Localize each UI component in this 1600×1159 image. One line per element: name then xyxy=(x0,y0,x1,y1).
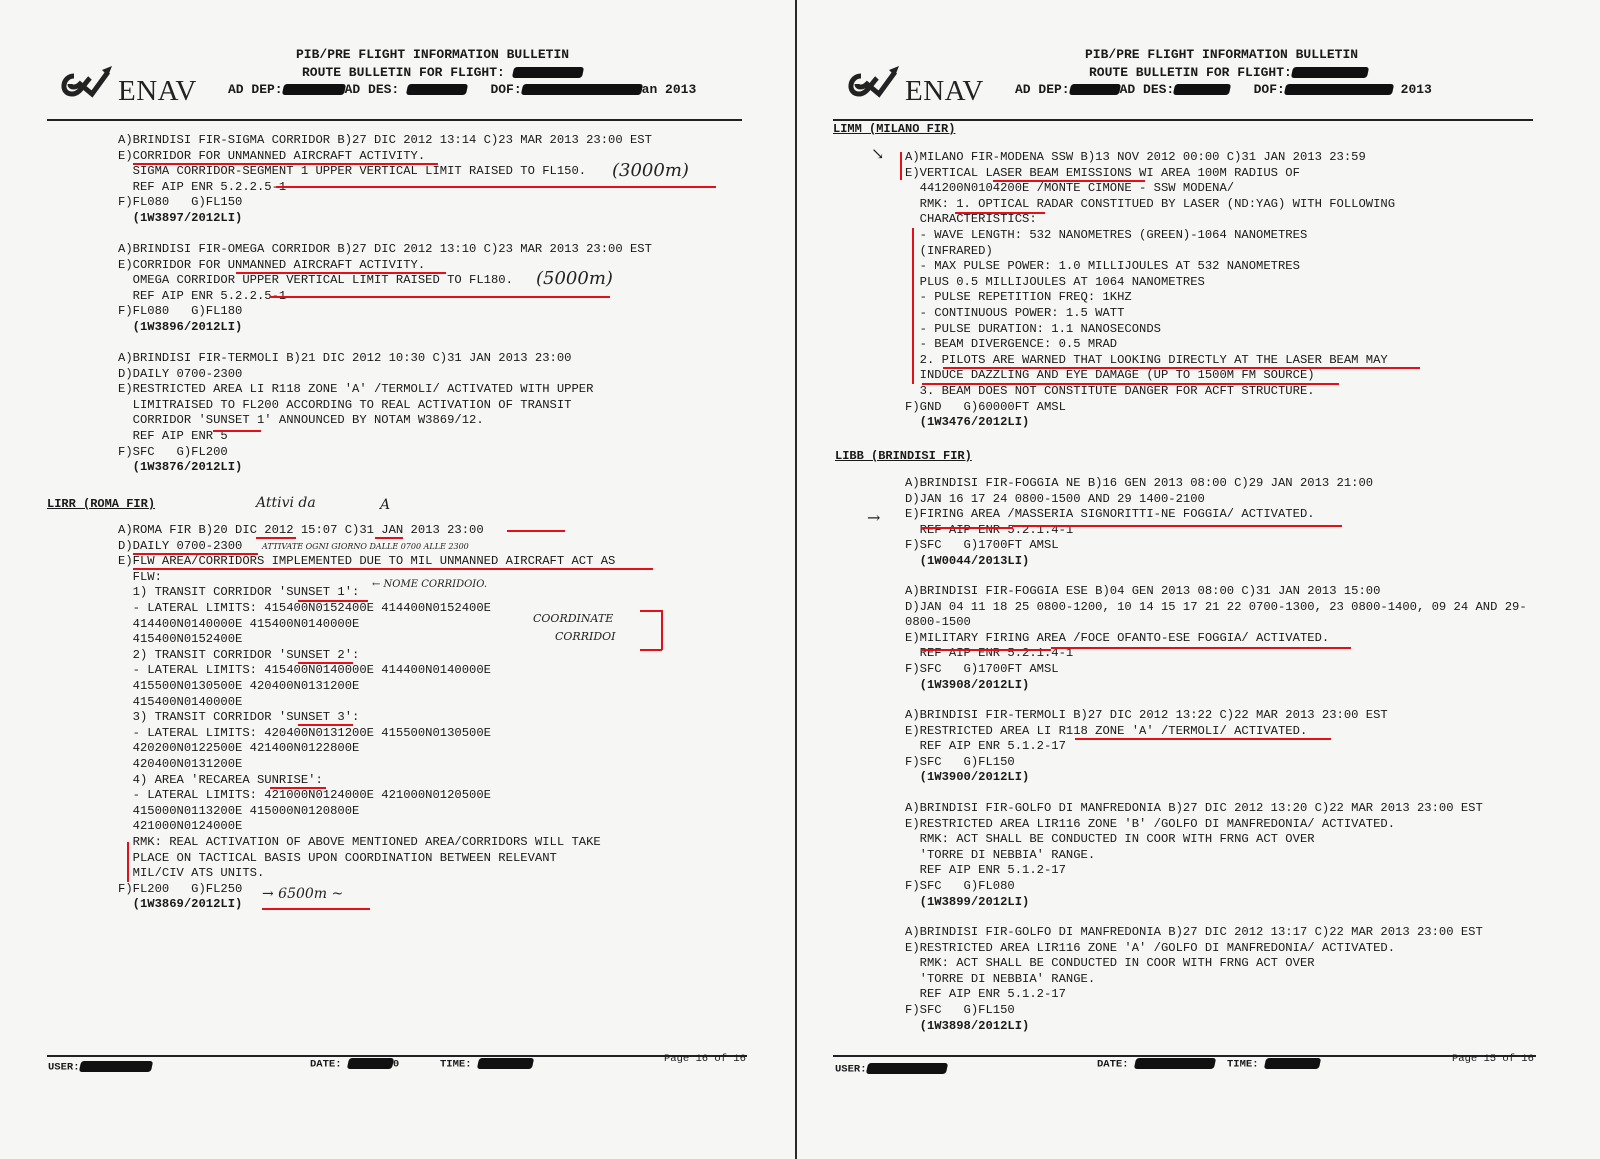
red-margin-bar xyxy=(912,228,914,384)
notam-line: 1) TRANSIT CORRIDOR 'SUNSET 1': xyxy=(118,585,359,600)
notam-limits: F)FL080 G)FL180 xyxy=(118,304,242,319)
red-underline xyxy=(270,296,610,298)
notam-id: (1W3896/2012LI) xyxy=(118,320,242,335)
notam-line: RMK: ACT SHALL BE CONDUCTED IN COOR WITH… xyxy=(905,956,1315,971)
enav-logo: ENAV xyxy=(56,64,197,106)
notam-line: 415400N0140000E xyxy=(118,695,242,710)
footer-rule xyxy=(833,1055,1536,1057)
footer-time: TIME: xyxy=(440,1058,533,1070)
redacted-des xyxy=(406,84,468,95)
time-label: TIME: xyxy=(440,1058,472,1070)
notam-line: INDUCE DAZZLING AND EYE DAMAGE (UP TO 15… xyxy=(905,368,1315,383)
handwritten-attiva-da: Attivi da xyxy=(256,495,316,511)
notam-id: (1W3908/2012LI) xyxy=(905,678,1029,693)
ad-des-label: AD DES: xyxy=(1120,82,1175,97)
notam-line: E)RESTRICTED AREA LIR116 ZONE 'B' /GOLFO… xyxy=(905,817,1395,832)
notam-line: 441200N0104200E /MONTE CIMONE - SSW MODE… xyxy=(905,181,1234,196)
notam-line: - MAX PULSE POWER: 1.0 MILLIJOULES AT 53… xyxy=(905,259,1300,274)
redacted-date xyxy=(1134,1058,1216,1069)
red-underline xyxy=(921,527,1013,529)
notam-limits: F)GND G)60000FT AMSL xyxy=(905,400,1066,415)
redacted-dep xyxy=(1068,84,1120,95)
notam-line: E)CORRIDOR FOR UNMANNED AIRCRAFT ACTIVIT… xyxy=(118,258,425,273)
handwritten-corridoi: CORRIDOI xyxy=(555,630,616,643)
notam-line: E)RESTRICTED AREA LIR116 ZONE 'A' /GOLFO… xyxy=(905,941,1395,956)
red-underline xyxy=(276,186,716,188)
notam-limits: F)SFC G)FL080 xyxy=(905,879,1015,894)
section-title-roma: LIRR (ROMA FIR) xyxy=(47,497,155,511)
notam-line: 3. BEAM DOES NOT CONSTITUTE DANGER FOR A… xyxy=(905,384,1315,399)
notam-line: - CONTINUOUS POWER: 1.5 WATT xyxy=(905,306,1124,321)
notam-line: E)FLW AREA/CORRIDORS IMPLEMENTED DUE TO … xyxy=(118,554,615,569)
notam-id: (1W3869/2012LI) xyxy=(118,897,242,912)
notam-line: 415400N0152400E xyxy=(118,632,242,647)
notam-line: REF AIP ENR 5.1.2-17 xyxy=(905,987,1066,1002)
enav-logo: ENAV xyxy=(843,64,984,106)
redacted-user xyxy=(865,1063,947,1074)
handwritten-a: A xyxy=(380,497,390,513)
footer-date: DATE: xyxy=(1097,1058,1215,1070)
notam-line: REF AIP ENR 5.1.2-17 xyxy=(905,739,1066,754)
notam-line: A)BRINDISI FIR-FOGGIA NE B)16 GEN 2013 0… xyxy=(905,476,1373,491)
notam-limits: F)FL080 G)FL150 xyxy=(118,195,242,210)
ad-line: AD DEP:AD DES: DOF:an 2013 xyxy=(228,81,696,98)
route-bulletin-line: ROUTE BULLETIN FOR FLIGHT: xyxy=(1089,64,1368,81)
notam-line: E)MILITARY FIRING AREA /FOCE OFANTO-ESE … xyxy=(905,631,1329,646)
bulletin-title: PIB/PRE FLIGHT INFORMATION BULLETIN xyxy=(1085,46,1358,63)
notam-line: PLACE ON TACTICAL BASIS UPON COORDINATIO… xyxy=(118,851,557,866)
red-underline xyxy=(922,383,1339,385)
notam-line: REF AIP ENR 5.1.2-17 xyxy=(905,863,1066,878)
notam-line: 414400N0140000E 415400N0140000E xyxy=(118,617,359,632)
notam-line: - LATERAL LIMITS: 420400N0131200E 415500… xyxy=(118,726,491,741)
redacted-date xyxy=(347,1058,394,1069)
page-number: Page 16 of 16 xyxy=(664,1053,746,1065)
footer-date: DATE: 0 xyxy=(310,1058,399,1070)
redacted-des xyxy=(1173,84,1231,95)
redacted-time xyxy=(477,1058,534,1069)
notam-line: 2) TRANSIT CORRIDOR 'SUNSET 2': xyxy=(118,648,359,663)
header-rule xyxy=(833,119,1533,121)
red-underline xyxy=(955,212,1045,214)
notam-line: E)RESTRICTED AREA LI R118 ZONE 'A' /TERM… xyxy=(118,382,593,397)
notam-line: 415000N0113200E 415000N0120800E xyxy=(118,804,359,819)
red-underline xyxy=(375,537,403,539)
redacted-dof xyxy=(520,84,642,95)
section-title-milano: LIMM (MILANO FIR) xyxy=(833,122,955,136)
footer-user: USER: xyxy=(48,1061,152,1073)
notam-line: - WAVE LENGTH: 532 NANOMETRES (GREEN)-10… xyxy=(905,228,1307,243)
handwritten-arrow-icon: → xyxy=(867,508,880,527)
notam-line: - LATERAL LIMITS: 415400N0152400E 414400… xyxy=(118,601,491,616)
enav-logo-icon xyxy=(843,64,903,106)
notam-line: REF AIP ENR 5.2.2.5-1 xyxy=(118,289,286,304)
redacted-user xyxy=(78,1061,152,1072)
red-bracket-top xyxy=(640,610,662,612)
handwritten-daily-note: ATTIVATE OGNI GIORNO DALLE 0700 ALLE 230… xyxy=(262,542,469,551)
handwritten-nome-corridoio: ← NOME CORRIDOIO. xyxy=(372,579,487,590)
handwritten-altitude-note: (3000m) xyxy=(612,160,689,181)
notam-line: - LATERAL LIMITS: 421000N0124000E 421000… xyxy=(118,788,491,803)
notam-limits: F)SFC G)FL200 xyxy=(118,445,228,460)
dof-label: DOF: xyxy=(490,82,521,97)
red-underline xyxy=(298,600,368,602)
time-label: TIME: xyxy=(1227,1058,1259,1070)
red-underline xyxy=(1051,647,1351,649)
bulletin-title: PIB/PRE FLIGHT INFORMATION BULLETIN xyxy=(296,46,569,63)
user-label: USER: xyxy=(835,1063,867,1075)
handwritten-coordinate: COORDINATE xyxy=(533,612,613,625)
redacted-flight xyxy=(511,67,583,78)
red-underline xyxy=(133,553,258,555)
notam-line: 3) TRANSIT CORRIDOR 'SUNSET 3': xyxy=(118,710,359,725)
notam-limits: F)SFC G)FL150 xyxy=(905,755,1015,770)
red-underline xyxy=(1075,738,1331,740)
notam-id: (1W3476/2012LI) xyxy=(905,415,1029,430)
notam-line: (INFRARED) xyxy=(905,244,993,259)
notam-line: A)BRINDISI FIR-TERMOLI B)27 DIC 2012 13:… xyxy=(905,708,1388,723)
date-label: DATE: xyxy=(1097,1058,1129,1070)
notam-line: A)BRINDISI FIR-FOGGIA ESE B)04 GEN 2013 … xyxy=(905,584,1380,599)
red-underline xyxy=(993,180,1145,182)
date-suffix: 0 xyxy=(393,1058,399,1070)
notam-line: 2. PILOTS ARE WARNED THAT LOOKING DIRECT… xyxy=(905,353,1388,368)
footer-rule xyxy=(47,1055,747,1057)
notam-line: 421000N0124000E xyxy=(118,819,242,834)
red-underline xyxy=(298,662,353,664)
redacted-dep xyxy=(281,84,345,95)
red-underline xyxy=(262,908,370,910)
route-bulletin-line: ROUTE BULLETIN FOR FLIGHT: xyxy=(302,64,583,81)
notam-line: - BEAM DIVERGENCE: 0.5 MRAD xyxy=(905,337,1117,352)
red-underline xyxy=(270,787,326,789)
notam-line: FLW: xyxy=(118,570,162,585)
red-underline xyxy=(213,430,261,432)
footer-user: USER: xyxy=(835,1063,947,1075)
notam-line: REF AIP ENR 5 xyxy=(118,429,228,444)
logo-text: ENAV xyxy=(118,77,197,106)
notam-line: 420200N0122500E 421400N0122800E xyxy=(118,741,359,756)
handwritten-altitude: → 6500m ~ xyxy=(262,886,343,902)
notam-limits: F)SFC G)1700FT AMSL xyxy=(905,662,1059,677)
user-label: USER: xyxy=(48,1061,80,1073)
notam-line: 'TORRE DI NEBBIA' RANGE. xyxy=(905,848,1095,863)
notam-line: A)MILANO FIR-MODENA SSW B)13 NOV 2012 00… xyxy=(905,150,1366,165)
footer-time: TIME: xyxy=(1227,1058,1320,1070)
redacted-flight xyxy=(1291,67,1369,78)
notam-line: - PULSE REPETITION FREQ: 1KHZ xyxy=(905,290,1132,305)
notam-line: E)FIRING AREA /MASSERIA SIGNORITTI-NE FO… xyxy=(905,507,1315,522)
notam-line: 0800-1500 xyxy=(905,615,971,630)
notam-line: PLUS 0.5 MILLIJOULES AT 1064 NANOMETRES xyxy=(905,275,1205,290)
notam-line: A)BRINDISI FIR-GOLFO DI MANFREDONIA B)27… xyxy=(905,801,1483,816)
notam-line: 4) AREA 'RECAREA SUNRISE': xyxy=(118,773,323,788)
dof-suffix: an 2013 xyxy=(642,82,697,97)
red-bracket-bottom xyxy=(640,649,662,651)
red-underline xyxy=(298,724,353,726)
notam-line: 415500N0130500E 420400N0131200E xyxy=(118,679,359,694)
notam-limits: F)SFC G)FL150 xyxy=(905,1003,1015,1018)
notam-line: RMK: 1. OPTICAL RADAR CONSTITUED BY LASE… xyxy=(905,197,1395,212)
notam-line: E)VERTICAL LASER BEAM EMISSIONS WI AREA … xyxy=(905,166,1300,181)
notam-line: 420400N0131200E xyxy=(118,757,242,772)
logo-text: ENAV xyxy=(905,77,984,106)
notam-line: OMEGA CORRIDOR UPPER VERTICAL LIMIT RAIS… xyxy=(118,273,513,288)
red-underline xyxy=(921,649,1051,651)
redacted-time xyxy=(1264,1058,1321,1069)
dof-label: DOF: xyxy=(1254,82,1285,97)
redacted-dof xyxy=(1284,84,1394,95)
red-underline xyxy=(133,568,653,570)
notam-line: SIGMA CORRIDOR-SEGMENT 1 UPPER VERTICAL … xyxy=(118,164,586,179)
notam-id: (1W3876/2012LI) xyxy=(118,460,242,475)
bulletin-page-15: ENAV PIB/PRE FLIGHT INFORMATION BULLETIN… xyxy=(797,0,1600,1159)
red-margin-bar xyxy=(127,842,129,882)
notam-line: A)BRINDISI FIR-SIGMA CORRIDOR B)27 DIC 2… xyxy=(118,133,652,148)
notam-line: E)RESTRICTED AREA LI R118 ZONE 'A' /TERM… xyxy=(905,724,1307,739)
notam-line: REF AIP ENR 5.2.2.5-1 xyxy=(118,180,286,195)
notam-line: E)CORRIDOR FOR UNMANNED AIRCRAFT ACTIVIT… xyxy=(118,149,425,164)
red-underline xyxy=(236,272,446,274)
date-label: DATE: xyxy=(310,1058,342,1070)
notam-line: LIMITRAISED TO FL200 ACCORDING TO REAL A… xyxy=(118,398,571,413)
notam-line: RMK: ACT SHALL BE CONDUCTED IN COOR WITH… xyxy=(905,832,1315,847)
notam-line: MIL/CIV ATS UNITS. xyxy=(118,866,264,881)
notam-limits: F)FL200 G)FL250 xyxy=(118,882,242,897)
dof-suffix: 2013 xyxy=(1401,82,1432,97)
notam-line: A)ROMA FIR B)20 DIC 2012 15:07 C)31 JAN … xyxy=(118,523,484,538)
notam-line: D)DAILY 0700-2300 xyxy=(118,539,242,554)
notam-line: - LATERAL LIMITS: 415400N0140000E 414400… xyxy=(118,663,491,678)
notam-line: A)BRINDISI FIR-GOLFO DI MANFREDONIA B)27… xyxy=(905,925,1483,940)
red-underline xyxy=(256,537,296,539)
handwritten-arrow-icon: ↘ xyxy=(871,144,884,163)
red-underline xyxy=(133,163,438,165)
bulletin-page-16: ENAV PIB/PRE FLIGHT INFORMATION BULLETIN… xyxy=(0,0,795,1159)
section-title-brindisi: LIBB (BRINDISI FIR) xyxy=(835,449,972,463)
notam-line: A)BRINDISI FIR-OMEGA CORRIDOR B)27 DIC 2… xyxy=(118,242,652,257)
notam-id: (1W3897/2012LI) xyxy=(118,211,242,226)
enav-logo-icon xyxy=(56,64,116,106)
notam-line: D)JAN 16 17 24 0800-1500 AND 29 1400-210… xyxy=(905,492,1205,507)
header-rule xyxy=(47,119,742,121)
notam-id: (1W3899/2012LI) xyxy=(905,895,1029,910)
ad-dep-label: AD DEP: xyxy=(228,82,283,97)
notam-line: CORRIDOR 'SUNSET 1' ANNOUNCED BY NOTAM W… xyxy=(118,413,484,428)
ad-dep-label: AD DEP: xyxy=(1015,82,1070,97)
notam-line: D)JAN 04 11 18 25 0800-1200, 10 14 15 17… xyxy=(905,600,1527,615)
notam-line: - PULSE DURATION: 1.1 NANOSECONDS xyxy=(905,322,1161,337)
page-number: Page 15 of 16 xyxy=(1452,1053,1534,1065)
notam-id: (1W3900/2012LI) xyxy=(905,770,1029,785)
route-label: ROUTE BULLETIN FOR FLIGHT: xyxy=(302,65,505,80)
ad-des-label: AD DES: xyxy=(345,82,400,97)
red-bracket xyxy=(661,610,663,650)
notam-line: RMK: REAL ACTIVATION OF ABOVE MENTIONED … xyxy=(118,835,601,850)
notam-line: CHARACTERISTICS: xyxy=(905,212,1037,227)
ad-line: AD DEP:AD DES: DOF: 2013 xyxy=(1015,81,1432,98)
red-underline xyxy=(1012,525,1342,527)
notam-line: D)DAILY 0700-2300 xyxy=(118,367,242,382)
notam-limits: F)SFC G)1700FT AMSL xyxy=(905,538,1059,553)
red-margin-bar xyxy=(900,152,902,180)
notam-id: (1W3898/2012LI) xyxy=(905,1019,1029,1034)
notam-id: (1W0044/2013LI) xyxy=(905,554,1029,569)
notam-line: 'TORRE DI NEBBIA' RANGE. xyxy=(905,972,1095,987)
red-underline xyxy=(943,367,1420,369)
red-underline xyxy=(507,530,565,532)
notam-line: A)BRINDISI FIR-TERMOLI B)21 DIC 2012 10:… xyxy=(118,351,571,366)
handwritten-altitude-note: (5000m) xyxy=(536,268,613,289)
route-label: ROUTE BULLETIN FOR FLIGHT: xyxy=(1089,65,1292,80)
